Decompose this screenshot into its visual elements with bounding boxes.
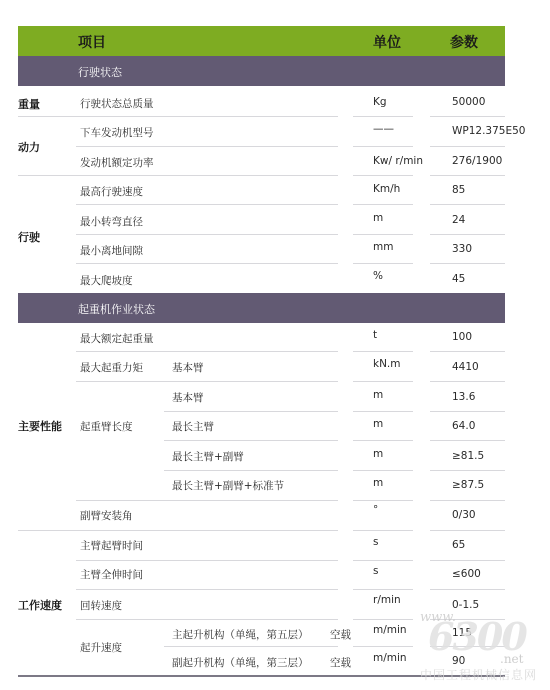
row-name: 回转速度 (80, 598, 122, 613)
divider (76, 500, 338, 501)
row-name: 主臂全伸时间 (80, 567, 143, 582)
row-value: 4410 (452, 361, 479, 373)
row-name: 最小离地间隙 (80, 243, 143, 258)
row-unit: Kw/ r/min (373, 155, 423, 167)
row-sub: 最长主臂+副臂 (172, 449, 244, 464)
row-condition: 空载 (330, 627, 351, 642)
divider (76, 351, 338, 352)
row-name: 主臂起臂时间 (80, 538, 143, 553)
row-unit: m (373, 448, 383, 460)
row-unit: s (373, 536, 378, 548)
row-condition: 空载 (330, 655, 351, 670)
row-value: ≥81.5 (452, 450, 484, 462)
divider (76, 619, 338, 620)
category-weight: 重量 (18, 96, 40, 112)
header-unit: 单位 (373, 32, 401, 52)
row-name: 最小转弯直径 (80, 214, 143, 229)
divider (353, 646, 413, 647)
divider (353, 411, 413, 412)
row-value: 65 (452, 539, 465, 551)
divider (76, 589, 338, 590)
divider (353, 589, 413, 590)
divider (430, 589, 505, 590)
divider (18, 175, 338, 176)
divider (353, 351, 413, 352)
row-value: 276/1900 (452, 155, 502, 167)
row-value: 64.0 (452, 420, 475, 432)
divider (76, 234, 338, 235)
divider (430, 116, 505, 117)
divider (76, 204, 338, 205)
row-unit: s (373, 565, 378, 577)
divider (430, 560, 505, 561)
divider (430, 619, 505, 620)
watermark-net: .net (500, 652, 523, 666)
row-value: 45 (452, 273, 465, 285)
divider (353, 560, 413, 561)
divider (353, 500, 413, 501)
divider (353, 440, 413, 441)
row-name: 起升速度 (80, 640, 122, 655)
row-value: 0/30 (452, 509, 476, 521)
watermark-logo: 6300 (428, 614, 526, 659)
row-name: 最大起重力矩 (80, 360, 143, 375)
row-value: 24 (452, 214, 465, 226)
divider (430, 381, 505, 382)
divider (430, 263, 505, 264)
row-sub: 最长主臂 (172, 419, 214, 434)
row-unit: m (373, 477, 383, 489)
row-unit: mm (373, 241, 393, 253)
divider (430, 234, 505, 235)
divider (353, 204, 413, 205)
divider (430, 440, 505, 441)
divider (164, 470, 338, 471)
divider (76, 381, 338, 382)
divider (430, 500, 505, 501)
row-name: 最大爬坡度 (80, 273, 133, 288)
row-unit: m/min (373, 652, 407, 664)
row-value: 115 (452, 627, 472, 639)
row-value: ≤600 (452, 568, 481, 580)
row-value: 85 (452, 184, 465, 196)
divider (18, 530, 338, 531)
category-driving: 行驶 (18, 229, 40, 245)
row-sub: 最长主臂+副臂+标准节 (172, 478, 284, 493)
category-performance: 主要性能 (18, 418, 62, 434)
divider (353, 263, 413, 264)
row-unit: r/min (373, 594, 401, 606)
divider (76, 263, 338, 264)
section-driving-state: 行驶状态 (18, 56, 505, 86)
category-power: 动力 (18, 139, 40, 155)
divider (430, 351, 505, 352)
divider (353, 234, 413, 235)
row-value: 13.6 (452, 391, 475, 403)
section-crane-operation: 起重机作业状态 (18, 293, 505, 323)
row-unit: kN.m (373, 358, 401, 370)
row-value: WP12.375E50 (452, 125, 525, 137)
table-bottom-border (18, 675, 505, 677)
divider (353, 116, 413, 117)
row-value: 90 (452, 655, 465, 667)
row-unit: t (373, 329, 377, 341)
row-unit: —— (373, 123, 394, 135)
header-item: 项目 (78, 32, 106, 52)
divider (164, 440, 338, 441)
divider (430, 146, 505, 147)
row-name: 下车发动机型号 (80, 125, 154, 140)
header-param: 参数 (450, 32, 478, 52)
row-name: 起重臂长度 (80, 419, 133, 434)
row-sub: 副起升机构（单绳，第三层） (172, 655, 309, 670)
divider (430, 175, 505, 176)
row-value: 50000 (452, 96, 485, 108)
divider (430, 646, 505, 647)
divider (430, 411, 505, 412)
divider (76, 146, 338, 147)
divider (430, 530, 505, 531)
watermark-www: www. (420, 610, 456, 625)
row-unit: Kg (373, 96, 387, 108)
divider (430, 470, 505, 471)
row-value: 100 (452, 331, 472, 343)
divider (353, 146, 413, 147)
divider (430, 204, 505, 205)
divider (353, 381, 413, 382)
row-unit: % (373, 270, 383, 282)
row-unit: m (373, 212, 383, 224)
divider (164, 411, 338, 412)
row-unit: ° (373, 504, 378, 516)
row-name: 发动机额定功率 (80, 155, 154, 170)
row-name: 最高行驶速度 (80, 184, 143, 199)
divider (164, 646, 338, 647)
row-sub: 主起升机构（单绳，第五层） (172, 627, 309, 642)
row-sub: 基本臂 (172, 360, 204, 375)
category-work-speed: 工作速度 (18, 597, 62, 613)
divider (353, 619, 413, 620)
table-header: 项目 单位 参数 (18, 26, 505, 56)
divider (18, 116, 338, 117)
row-unit: m (373, 418, 383, 430)
divider (353, 470, 413, 471)
row-sub: 基本臂 (172, 390, 204, 405)
divider (76, 560, 338, 561)
row-value: 330 (452, 243, 472, 255)
row-value: ≥87.5 (452, 479, 484, 491)
row-unit: Km/h (373, 183, 400, 195)
divider (353, 175, 413, 176)
row-name: 副臂安装角 (80, 508, 133, 523)
row-unit: m (373, 389, 383, 401)
row-name: 行驶状态总质量 (80, 96, 154, 111)
row-name: 最大额定起重量 (80, 331, 154, 346)
section-title: 行驶状态 (78, 64, 122, 80)
row-value: 0-1.5 (452, 599, 479, 611)
section-title: 起重机作业状态 (78, 301, 155, 317)
row-unit: m/min (373, 624, 407, 636)
divider (353, 530, 413, 531)
